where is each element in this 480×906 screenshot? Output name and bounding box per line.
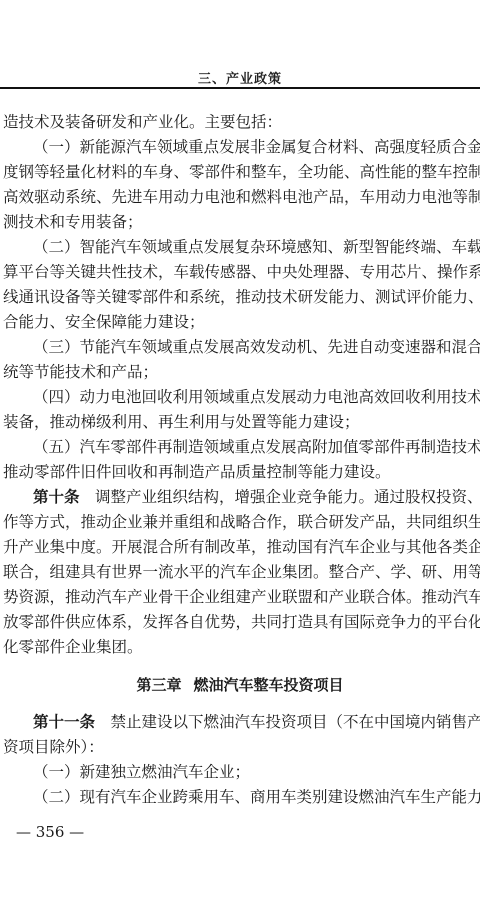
text-line: 度钢等轻量化材料的车身、零部件和整车，全功能、高性能的整车控制系统， — [3, 161, 478, 183]
page-number: — 356 — — [16, 823, 84, 841]
text-line: 联合，组建具有世界一流水平的汽车企业集团。整合产、学、研、用等领域优 — [3, 561, 478, 583]
line-text: 放零部件供应体系，发挥各自优势，共同打造具有国际竞争力的平台化、专业 — [3, 613, 480, 631]
header-rule — [0, 87, 480, 89]
line-text: 资项目除外）： — [3, 738, 104, 756]
line-text: 势资源，推动汽车产业骨干企业组建产业联盟和产业联合体。推动汽车企业开 — [3, 588, 480, 606]
text-line: 资项目除外）： — [3, 736, 478, 758]
text-line: 高效驱动系统、先进车用动力电池和燃料电池产品，车用动力电池等制造、检 — [3, 186, 478, 208]
text-line: 算平台等关键共性技术，车载传感器、中央处理器、专用芯片、操作系统、无 — [3, 261, 478, 283]
text-line: （二）现有汽车企业跨乘用车、商用车类别建设燃油汽车生产能力； — [33, 786, 478, 808]
line-text: 化零部件企业集团。 — [3, 638, 143, 656]
text-line: 测技术和专用装备； — [3, 211, 478, 233]
text-line: （三）节能汽车领域重点发展高效发动机、先进自动变速器和混合动力系 — [33, 336, 478, 358]
text-line: （四）动力电池回收利用领域重点发展动力电池高效回收利用技术和专用 — [33, 386, 478, 408]
text-line: 第十条 调整产业组织结构，增强企业竞争能力。通过股权投资、产能合 — [33, 486, 478, 508]
text-line: 线通讯设备等关键零部件和系统，推动技术研发能力、测试评价能力、军民融 — [3, 286, 478, 308]
line-text: 升产业集中度。开展混合所有制改革，推动国有汽车企业与其他各类企业强强 — [3, 538, 480, 556]
text-line: 作等方式，推动企业兼并重组和战略合作，联合研发产品，共同组织生产，提 — [3, 511, 478, 533]
line-text: 造技术及装备研发和产业化。主要包括： — [3, 113, 282, 131]
line-text: （一）新建独立燃油汽车企业； — [33, 763, 250, 781]
line-text: 联合，组建具有世界一流水平的汽车企业集团。整合产、学、研、用等领域优 — [3, 563, 480, 581]
text-line: （五）汽车零部件再制造领域重点发展高附加值零部件再制造技术和工艺， — [33, 436, 478, 458]
text-line: 放零部件供应体系，发挥各自优势，共同打造具有国际竞争力的平台化、专业 — [3, 611, 478, 633]
line-text: 推动零部件旧件回收和再制造产品质量控制等能力建设。 — [3, 463, 391, 481]
text-line: 化零部件企业集团。 — [3, 636, 478, 658]
text-line: 统等节能技术和产品； — [3, 361, 478, 383]
line-text: 作等方式，推动企业兼并重组和战略合作，联合研发产品，共同组织生产，提 — [3, 513, 480, 531]
line-text: 禁止建设以下燃油汽车投资项目（不在中国境内销售产品的投 — [111, 713, 480, 731]
line-text: 调整产业组织结构，增强企业竞争能力。通过股权投资、产能合 — [95, 488, 480, 506]
line-text: （四）动力电池回收利用领域重点发展动力电池高效回收利用技术和专用 — [33, 388, 480, 406]
text-line: 造技术及装备研发和产业化。主要包括： — [3, 111, 478, 133]
text-line: （一）新建独立燃油汽车企业； — [33, 761, 478, 783]
line-text: 线通讯设备等关键零部件和系统，推动技术研发能力、测试评价能力、军民融 — [3, 288, 480, 306]
text-line: 第十一条 禁止建设以下燃油汽车投资项目（不在中国境内销售产品的投 — [33, 711, 478, 733]
article-label: 第十条 — [33, 488, 80, 506]
text-line: 合能力、安全保障能力建设； — [3, 311, 478, 333]
text-line: 势资源，推动汽车产业骨干企业组建产业联盟和产业联合体。推动汽车企业开 — [3, 586, 478, 608]
chapter-title: 燃油汽车整车投资项目 — [194, 676, 344, 694]
line-text: （二）现有汽车企业跨乘用车、商用车类别建设燃油汽车生产能力； — [33, 788, 480, 806]
line-text: （一）新能源汽车领域重点发展非金属复合材料、高强度轻质合金、高强 — [33, 138, 480, 156]
text-line: （二）智能汽车领域重点发展复杂环境感知、新型智能终端、车载智能计 — [33, 236, 478, 258]
text-line: 升产业集中度。开展混合所有制改革，推动国有汽车企业与其他各类企业强强 — [3, 536, 478, 558]
line-text: （三）节能汽车领域重点发展高效发动机、先进自动变速器和混合动力系 — [33, 338, 480, 356]
line-text: （二）智能汽车领域重点发展复杂环境感知、新型智能终端、车载智能计 — [33, 238, 480, 256]
line-text: （五）汽车零部件再制造领域重点发展高附加值零部件再制造技术和工艺， — [33, 438, 480, 456]
line-text: 测技术和专用装备； — [3, 213, 143, 231]
text-line: （一）新能源汽车领域重点发展非金属复合材料、高强度轻质合金、高强 — [33, 136, 478, 158]
text-line: 推动零部件旧件回收和再制造产品质量控制等能力建设。 — [3, 461, 478, 483]
line-text: 度钢等轻量化材料的车身、零部件和整车，全功能、高性能的整车控制系统， — [3, 163, 480, 181]
line-text: 算平台等关键共性技术，车载传感器、中央处理器、专用芯片、操作系统、无 — [3, 263, 480, 281]
line-text: 统等节能技术和产品； — [3, 363, 158, 381]
running-head: 三、产业政策 — [0, 68, 480, 87]
line-text: 装备，推动梯级利用、再生利用与处置等能力建设； — [3, 413, 360, 431]
chapter-number: 第三章 — [136, 676, 181, 694]
line-text: 合能力、安全保障能力建设； — [3, 313, 205, 331]
article-label: 第十一条 — [33, 713, 95, 731]
text-line: 装备，推动梯级利用、再生利用与处置等能力建设； — [3, 411, 478, 433]
line-text: 高效驱动系统、先进车用动力电池和燃料电池产品，车用动力电池等制造、检 — [3, 188, 480, 206]
chapter-heading: 第三章燃油汽车整车投资项目 — [0, 674, 480, 695]
